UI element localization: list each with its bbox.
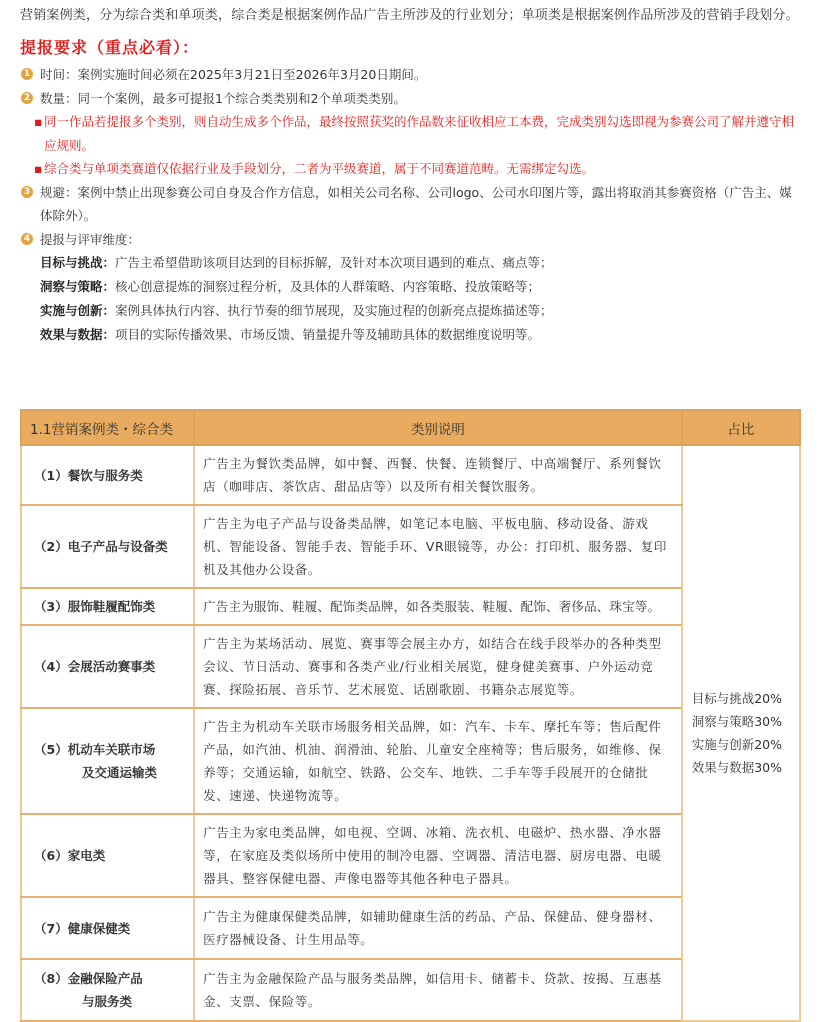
weight-results: 效果与数据30% (692, 756, 791, 779)
category-name: （7）健康保健类 (21, 897, 194, 959)
header-category: 1.1营销案例类・综合类 (21, 410, 194, 445)
category-description: 广告主为健康保健类品牌，如辅助健康生活的药品、产品、保健品、健身器材、医疗器械设… (194, 897, 682, 959)
requirement-text: 提报与评审维度： (40, 232, 140, 247)
weight-cell: 目标与挑战20% 洞察与策略30% 实施与创新20% 效果与数据30% (682, 445, 800, 997)
category-name: （6）家电类 (21, 814, 194, 897)
dimension-label: 目标与挑战： (40, 255, 115, 270)
weight-execution: 实施与创新20% (692, 733, 791, 756)
requirement-text: 时间：案例实施时间必须在2025年3月21日至2026年3月20日期间。 (40, 67, 426, 82)
category-name: （5）机动车关联市场及交通运输类 (21, 708, 194, 814)
dimension-text: 广告主希望借助该项目达到的目标拆解，及针对本次项目遇到的难点、痛点等； (115, 255, 553, 270)
weight-goal: 目标与挑战20% (692, 687, 791, 710)
intro-paragraph: 营销案例类，分为综合类和单项类，综合类是根据案例作品广告主所涉及的行业划分；单项… (20, 4, 800, 28)
category-name: （4）会展活动赛事类 (21, 625, 194, 708)
category-description: 广告主为电子产品与设备类品牌，如笔记本电脑、平板电脑、移动设备、游戏机、智能设备… (194, 505, 682, 588)
category-description: 广告主为服饰、鞋履、配饰类品牌，如各类服装、鞋履、配饰、奢侈品、珠宝等。 (194, 588, 682, 625)
number-badge-icon: 1 (21, 68, 33, 80)
category-description: 广告主为某场活动、展览、赛事等会展主办方，如结合在线手段举办的各种类型会议、节日… (194, 625, 682, 708)
dimension-results: 效果与数据：项目的实际传播效果、市场反馈、销量提升等及辅助具体的数据维度说明等。 (20, 323, 800, 347)
category-name: （1）餐饮与服务类 (21, 445, 194, 505)
note-text: 同一作品若提报多个类别，则自动生成多个作品，最终按照获奖的作品数来征收相应工本费… (44, 114, 794, 153)
dimension-label: 效果与数据： (40, 327, 115, 342)
dimension-execution: 实施与创新：案例具体执行内容、执行节奏的细节展现，及实施过程的创新亮点提炼描述等… (20, 299, 800, 323)
weight-insight: 洞察与策略30% (692, 710, 791, 733)
category-name: （8）金融保险产品与服务类 (21, 959, 194, 997)
category-description: 广告主为家电类品牌，如电视、空调、冰箱、洗衣机、电磁炉、热水器、净水器等，在家庭… (194, 814, 682, 897)
table-row: （1）餐饮与服务类 广告主为餐饮类品牌，如中餐、西餐、快餐、连锁餐厅、中高端餐厅… (21, 445, 800, 505)
category-name-text: （5）机动车关联市场 (34, 742, 155, 757)
dimension-label: 洞察与策略： (40, 279, 115, 294)
category-name: （2）电子产品与设备类 (21, 505, 194, 588)
dimension-goal: 目标与挑战：广告主希望借助该项目达到的目标拆解，及针对本次项目遇到的难点、痛点等… (20, 251, 800, 275)
requirement-item-quantity: 2 数量：同一个案例，最多可提报1个综合类类别和2个单项类类别。 (20, 87, 800, 111)
category-description: 广告主为餐饮类品牌，如中餐、西餐、快餐、连锁餐厅、中高端餐厅、系列餐饮店（咖啡店… (194, 445, 682, 505)
category-name: （3）服饰鞋履配饰类 (21, 588, 194, 625)
requirement-item-avoid: 3 规避：案例中禁止出现参赛公司自身及合作方信息，如相关公司名称、公司logo、… (20, 181, 800, 228)
dimension-text: 核心创意提炼的洞察过程分析，及具体的人群策略、内容策略、投放策略等； (115, 279, 540, 294)
requirement-item-dimensions: 4 提报与评审维度： (20, 228, 800, 252)
dimension-text: 案例具体执行内容、执行节奏的细节展现，及实施过程的创新亮点提炼描述等； (115, 303, 553, 318)
category-name-text: （3）服饰鞋履配饰类 (34, 599, 155, 614)
bullet-icon: ▪ (34, 157, 44, 181)
category-name-text: （8）金融保险产品 (34, 971, 143, 986)
number-badge-icon: 4 (21, 233, 33, 245)
requirement-note: ▪综合类与单项类赛道仅依据行业及手段划分，二者为平级赛道，属于不同赛道范畴。无需… (20, 157, 800, 181)
requirement-text: 规避：案例中禁止出现参赛公司自身及合作方信息，如相关公司名称、公司logo、公司… (40, 185, 792, 224)
category-description: 广告主为机动车关联市场服务相关品牌，如：汽车、卡车、摩托车等；售后配件产品，如汽… (194, 708, 682, 814)
requirement-text: 数量：同一个案例，最多可提报1个综合类类别和2个单项类类别。 (40, 91, 406, 106)
category-name-line2: 及交通运输类 (34, 761, 185, 784)
header-weight: 占比 (682, 410, 800, 445)
document-page: 营销案例类，分为综合类和单项类，综合类是根据案例作品广告主所涉及的行业划分；单项… (0, 4, 820, 347)
category-name-line2: 与服务类 (34, 990, 185, 997)
category-name-text: （1）餐饮与服务类 (34, 468, 143, 483)
number-badge-icon: 2 (21, 92, 33, 104)
dimension-text: 项目的实际传播效果、市场反馈、销量提升等及辅助具体的数据维度说明等。 (115, 327, 540, 342)
requirements-title: 提报要求（重点必看）： (20, 37, 800, 59)
dimension-insight: 洞察与策略：核心创意提炼的洞察过程分析，及具体的人群策略、内容策略、投放策略等； (20, 275, 800, 299)
requirement-note: ▪同一作品若提报多个类别，则自动生成多个作品，最终按照获奖的作品数来征收相应工本… (20, 110, 800, 157)
category-table: 1.1营销案例类・综合类 类别说明 占比 （1）餐饮与服务类 广告主为餐饮类品牌… (20, 409, 801, 997)
category-name-text: （6）家电类 (34, 848, 105, 863)
category-name-text: （2）电子产品与设备类 (34, 539, 168, 554)
category-description: 广告主为金融保险产品与服务类品牌，如信用卡、储蓄卡、贷款、按揭、互惠基金、支票、… (194, 959, 682, 997)
dimension-label: 实施与创新： (40, 303, 115, 318)
requirement-item-time: 1 时间：案例实施时间必须在2025年3月21日至2026年3月20日期间。 (20, 63, 800, 87)
bullet-icon: ▪ (34, 110, 44, 134)
header-description: 类别说明 (194, 410, 682, 445)
category-name-text: （7）健康保健类 (34, 921, 130, 936)
note-text: 综合类与单项类赛道仅依据行业及手段划分，二者为平级赛道，属于不同赛道范畴。无需绑… (44, 161, 594, 176)
number-badge-icon: 3 (21, 186, 33, 198)
table-header-row: 1.1营销案例类・综合类 类别说明 占比 (21, 410, 800, 445)
category-name-text: （4）会展活动赛事类 (34, 659, 155, 674)
